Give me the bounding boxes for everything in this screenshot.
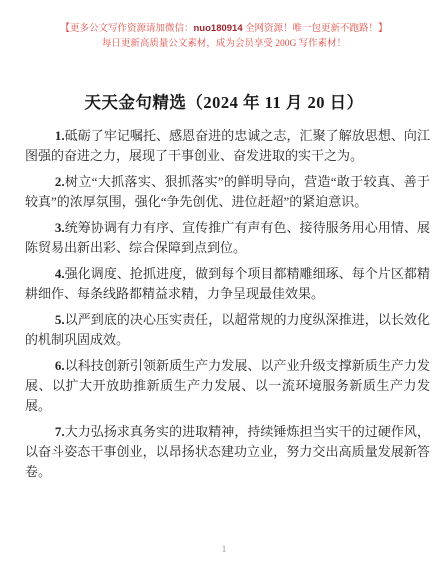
paragraph-text: 大力弘扬求真务实的进取精神，持续锤炼担当实干的过硬作风，以奋斗姿态干事创业，以昂… [25, 424, 430, 479]
page-number: 1 [0, 544, 448, 554]
paragraph: 1.砥砺了牢记嘱托、感恩奋进的忠诚之志，汇聚了解放思想、向江图强的奋进之力，展现… [25, 126, 430, 166]
paragraph-number: 3. [55, 220, 65, 235]
paragraph-text: 树立“大抓落实、狠抓落实”的鲜明导向，营造“敢于较真、善于较真”的浓厚氛围，强化… [25, 174, 430, 209]
paragraph: 5.以严到底的决心压实责任，以超常规的力度纵深推进，以长效化的机制巩固成效。 [25, 310, 430, 350]
promo-line1-prefix: 【更多公文写作资源请加微信： [60, 24, 193, 34]
paragraph-text: 以科技创新引领新质生产力发展、以产业升级支撑新质生产力发展、以扩大开放助推新质生… [25, 358, 430, 413]
promo-line1-suffix: 全网资源！唯一包更新不跑路！】 [243, 24, 388, 34]
paragraph-number: 1. [55, 128, 65, 143]
paragraph-number: 6. [55, 358, 65, 373]
paragraph: 7.大力弘扬求真务实的进取精神，持续锤炼担当实干的过硬作风，以奋斗姿态干事创业，… [25, 422, 430, 482]
promo-header: 【更多公文写作资源请加微信：nuo180914 全网资源！唯一包更新不跑路！】 … [0, 0, 448, 52]
promo-header-line2: 每日更新高质量公文素材，成为会员享受 200G 写作素材！ [0, 37, 448, 52]
paragraph-text: 砥砺了牢记嘱托、感恩奋进的忠诚之志，汇聚了解放思想、向江图强的奋进之力，展现了干… [25, 128, 430, 163]
paragraph-number: 4. [55, 266, 65, 281]
document-body: 1.砥砺了牢记嘱托、感恩奋进的忠诚之志，汇聚了解放思想、向江图强的奋进之力，展现… [0, 126, 448, 482]
paragraph-text: 强化调度、抢抓进度，做到每个项目都精雕细琢、每个片区都精耕细作、每条线路都精益求… [25, 266, 430, 301]
promo-header-line1: 【更多公文写作资源请加微信：nuo180914 全网资源！唯一包更新不跑路！】 [0, 21, 448, 37]
paragraph: 4.强化调度、抢抓进度，做到每个项目都精雕细琢、每个片区都精耕细作、每条线路都精… [25, 264, 430, 304]
paragraph: 2.树立“大抓落实、狠抓落实”的鲜明导向，营造“敢于较真、善于较真”的浓厚氛围，… [25, 172, 430, 212]
paragraph: 6.以科技创新引领新质生产力发展、以产业升级支撑新质生产力发展、以扩大开放助推新… [25, 356, 430, 416]
paragraph: 3.统筹协调有力有序、宣传推广有声有色、接待服务用心用情、展陈贸易出新出彩、综合… [25, 218, 430, 258]
paragraph-number: 2. [55, 174, 65, 189]
paragraph-text: 以严到底的决心压实责任，以超常规的力度纵深推进，以长效化的机制巩固成效。 [25, 312, 430, 347]
paragraph-number: 5. [55, 312, 65, 327]
paragraph-number: 7. [55, 424, 65, 439]
wechat-id: nuo180914 [194, 23, 243, 34]
document-page: 【更多公文写作资源请加微信：nuo180914 全网资源！唯一包更新不跑路！】 … [0, 0, 448, 580]
paragraph-text: 统筹协调有力有序、宣传推广有声有色、接待服务用心用情、展陈贸易出新出彩、综合保障… [25, 220, 430, 255]
document-title: 天天金句精选（2024 年 11 月 20 日） [20, 89, 428, 113]
